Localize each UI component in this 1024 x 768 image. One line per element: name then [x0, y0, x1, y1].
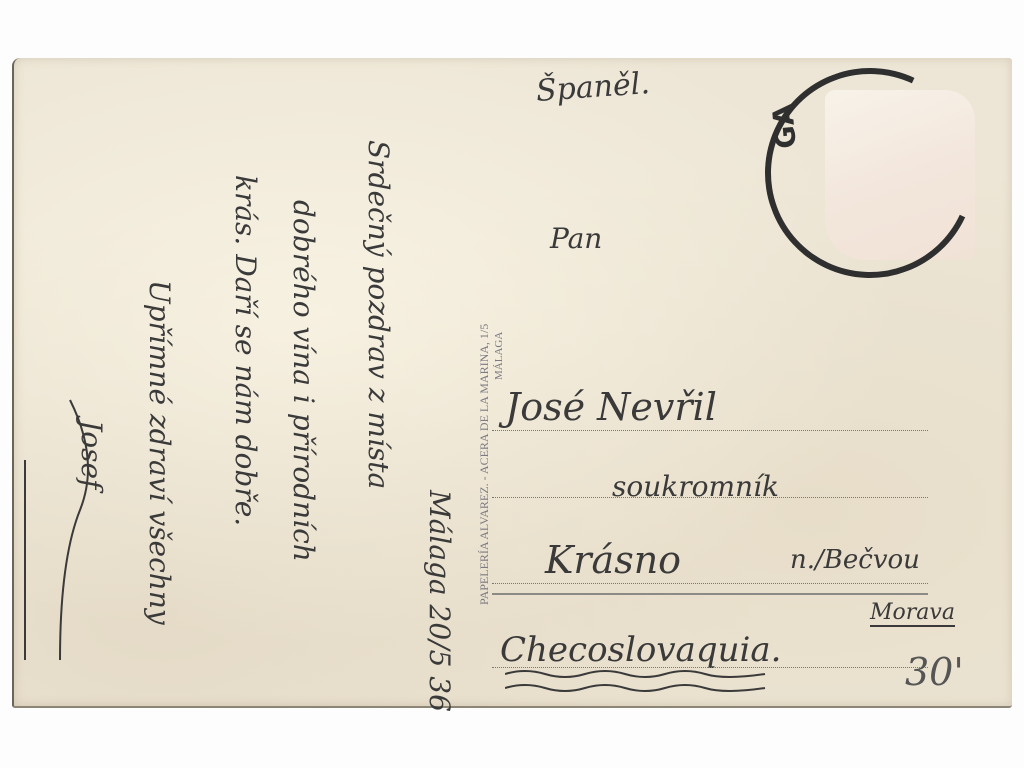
country-wavy-underline	[505, 668, 775, 698]
address-name: José Nevřil	[505, 385, 717, 429]
signature-flourish	[20, 380, 100, 680]
postmark-text: GA	[766, 103, 803, 150]
message-place-date: Málaga 20/5 36	[423, 490, 456, 712]
address-country: Checoslovaquia.	[500, 630, 781, 670]
corner-note: 30'	[905, 650, 964, 694]
address-town-suffix: n./Bečvou	[790, 545, 920, 575]
address-town: Krásno	[545, 538, 681, 582]
address-first-name: José Nevřil	[505, 385, 717, 429]
address-line-1	[492, 430, 928, 431]
address-occupation: soukromník	[612, 470, 779, 503]
message-line-4: Upřímné zdraví všechny	[143, 280, 176, 625]
message-line-2: dobrého vína i přírodních	[287, 200, 320, 562]
publisher-imprint: PAPELERÍA ALVAREZ. - ACERA DE LA MARINA,…	[477, 324, 492, 605]
address-line-3	[492, 583, 928, 584]
publisher-city: MÁLAGA	[493, 332, 505, 380]
message-line-1: Srdečný pozdrav z místa	[362, 140, 395, 489]
address-salutation: Pan	[550, 222, 602, 255]
address-region: Morava	[870, 600, 955, 627]
address-line-3-solid	[492, 593, 928, 595]
message-line-3: krás. Daří se nám dobře.	[229, 175, 262, 526]
address-line-2	[492, 497, 928, 498]
